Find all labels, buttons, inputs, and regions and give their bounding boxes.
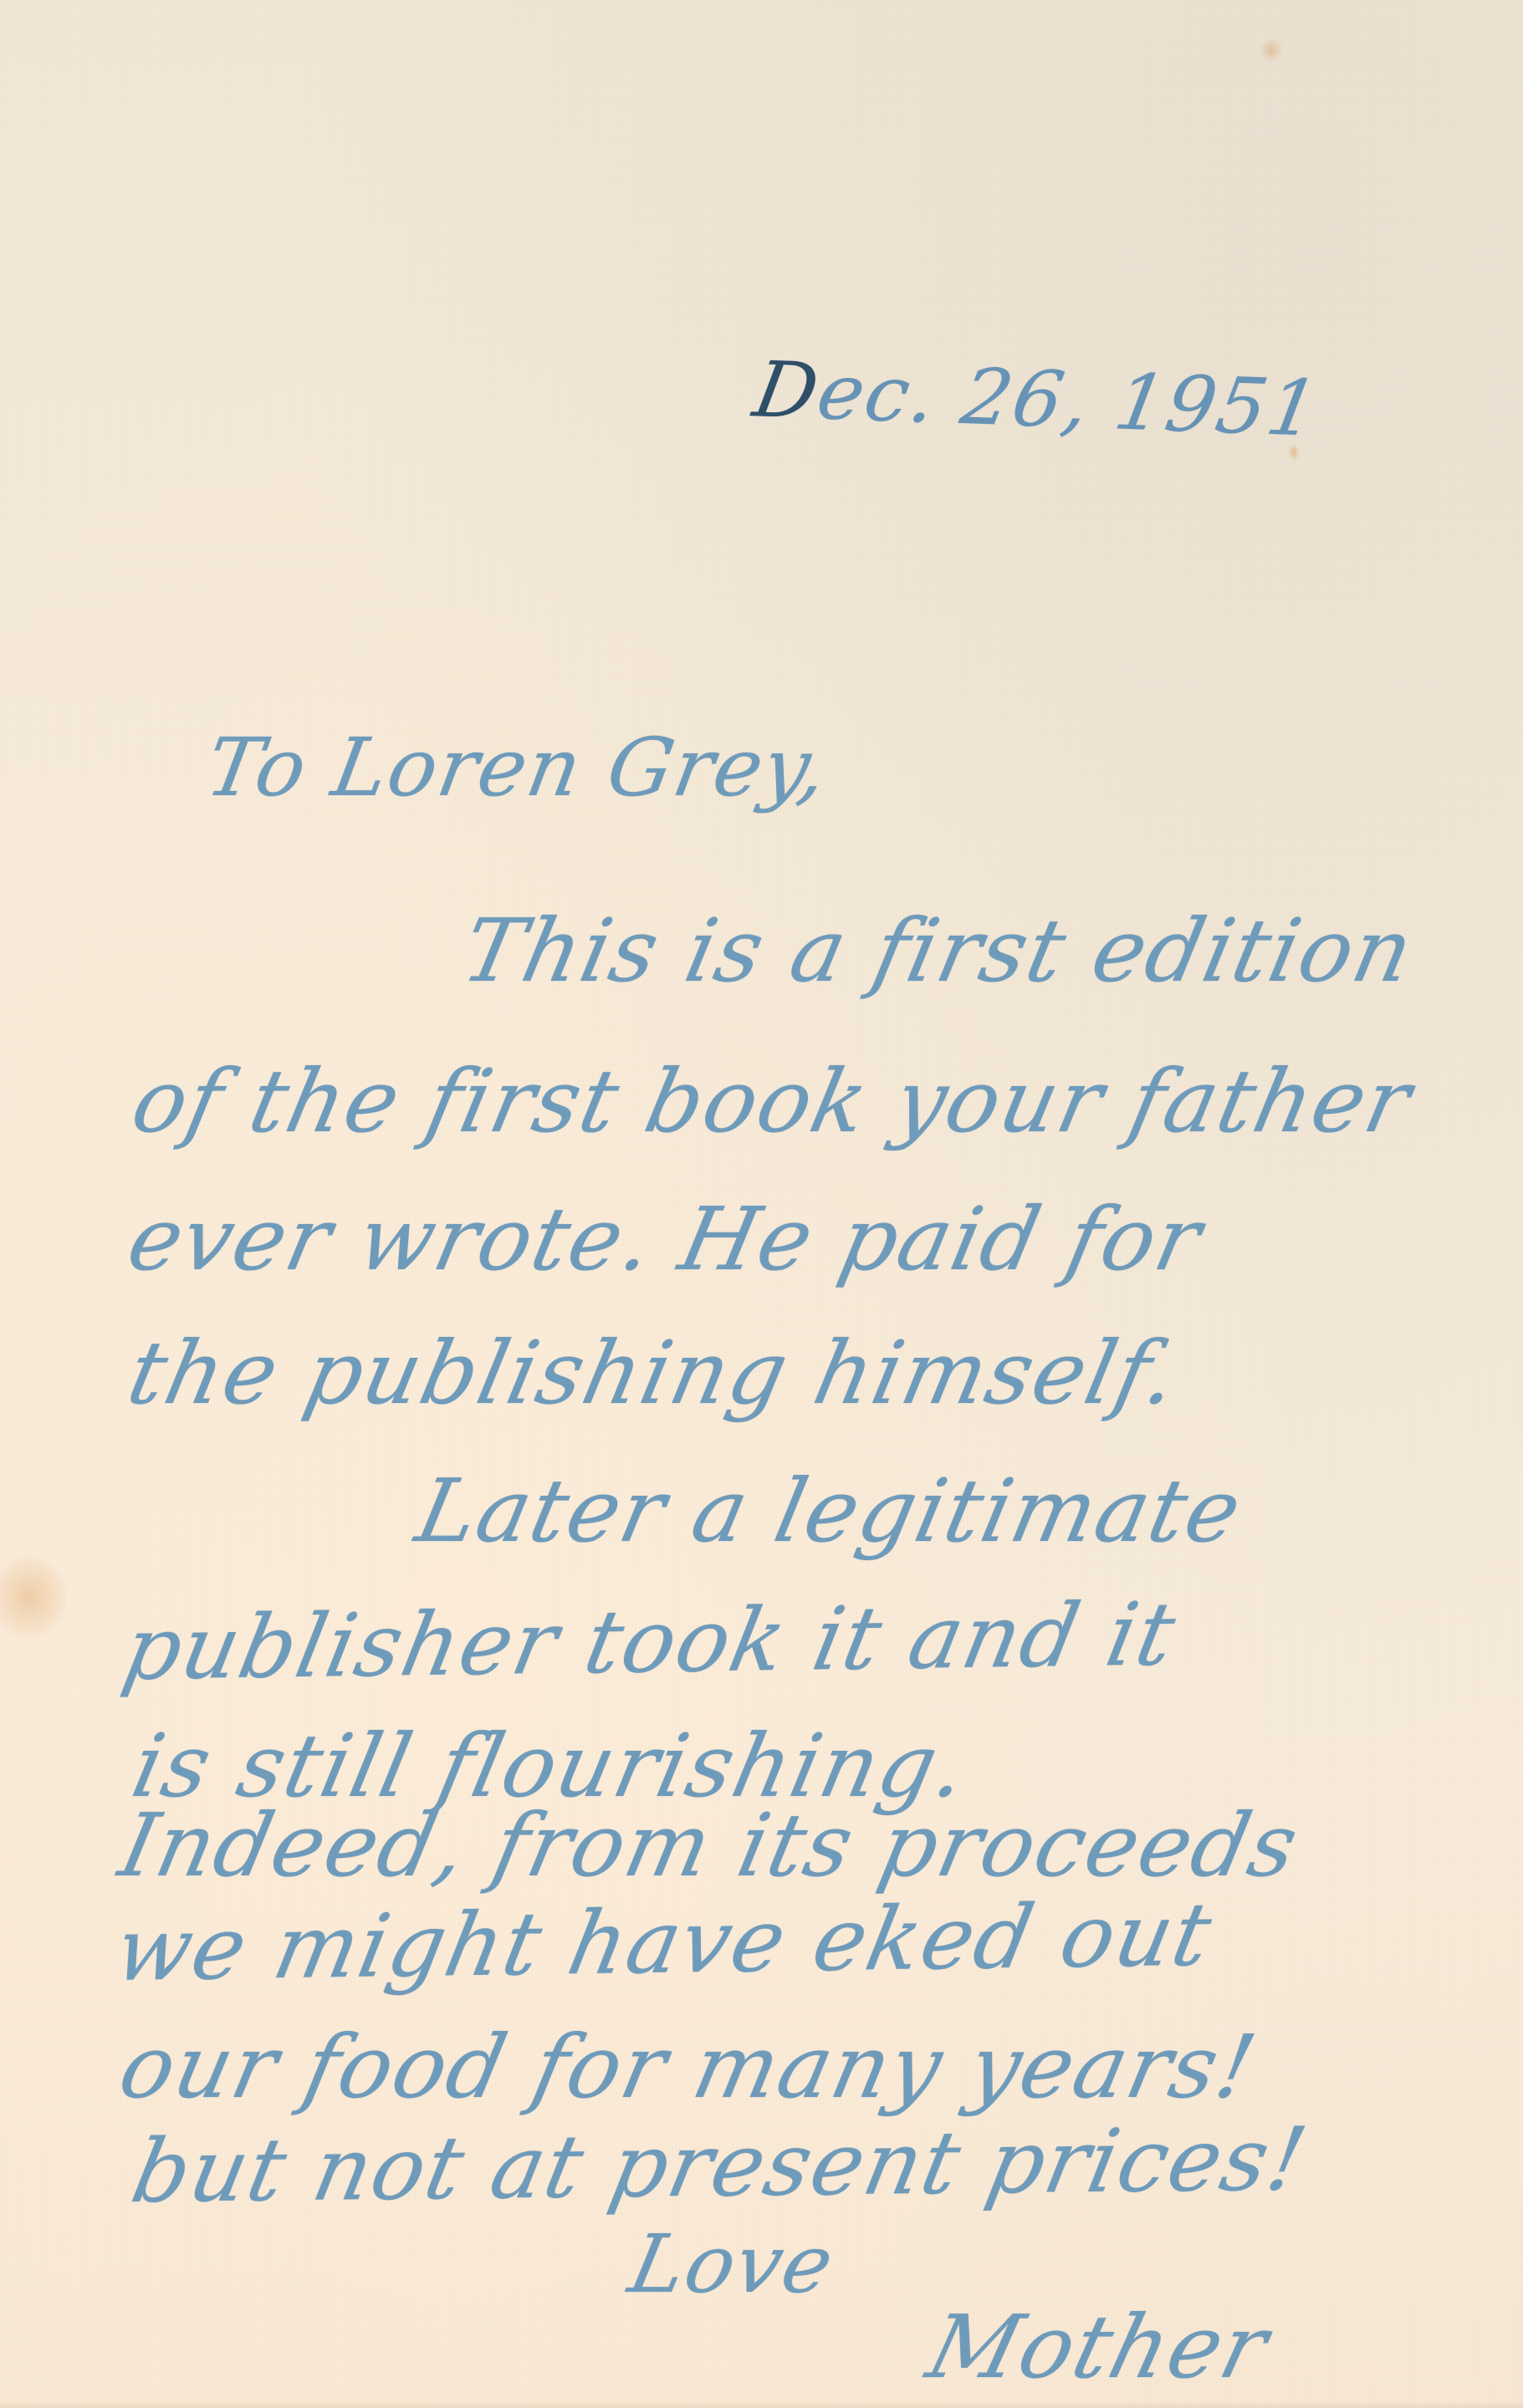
body-line: publisher took it and it [117,1590,1183,1692]
body-line: Indeed, from its proceeds [113,1802,1306,1889]
body-line: but not at present prices! [125,2115,1315,2215]
letter-salutation: To Loren Grey, [201,727,835,808]
body-line: the publishing himself. [121,1329,1186,1416]
letter-date: Dec. 26, 1951 [749,352,1326,448]
body-line: we might have eked out [109,1890,1219,1993]
body-line: our food for many years! [113,2023,1264,2110]
paper-edge [0,2401,1523,2408]
letter-signature: Mother [920,2303,1277,2390]
body-line: of the first book your father [125,1058,1419,1145]
date-rest: ec. 26, 1951 [810,347,1326,453]
body-line: ever wrote. He paid for [121,1196,1209,1283]
foxing-stain [0,1555,67,1639]
body-line: This is a first edition [456,907,1422,994]
body-line: Later a legitimate [410,1467,1250,1554]
foxing-stain [1259,38,1284,63]
letter-closing: Love [623,2224,841,2304]
letter-paper: Dec. 26, 1951 To Loren Grey, This is a f… [0,0,1523,2408]
